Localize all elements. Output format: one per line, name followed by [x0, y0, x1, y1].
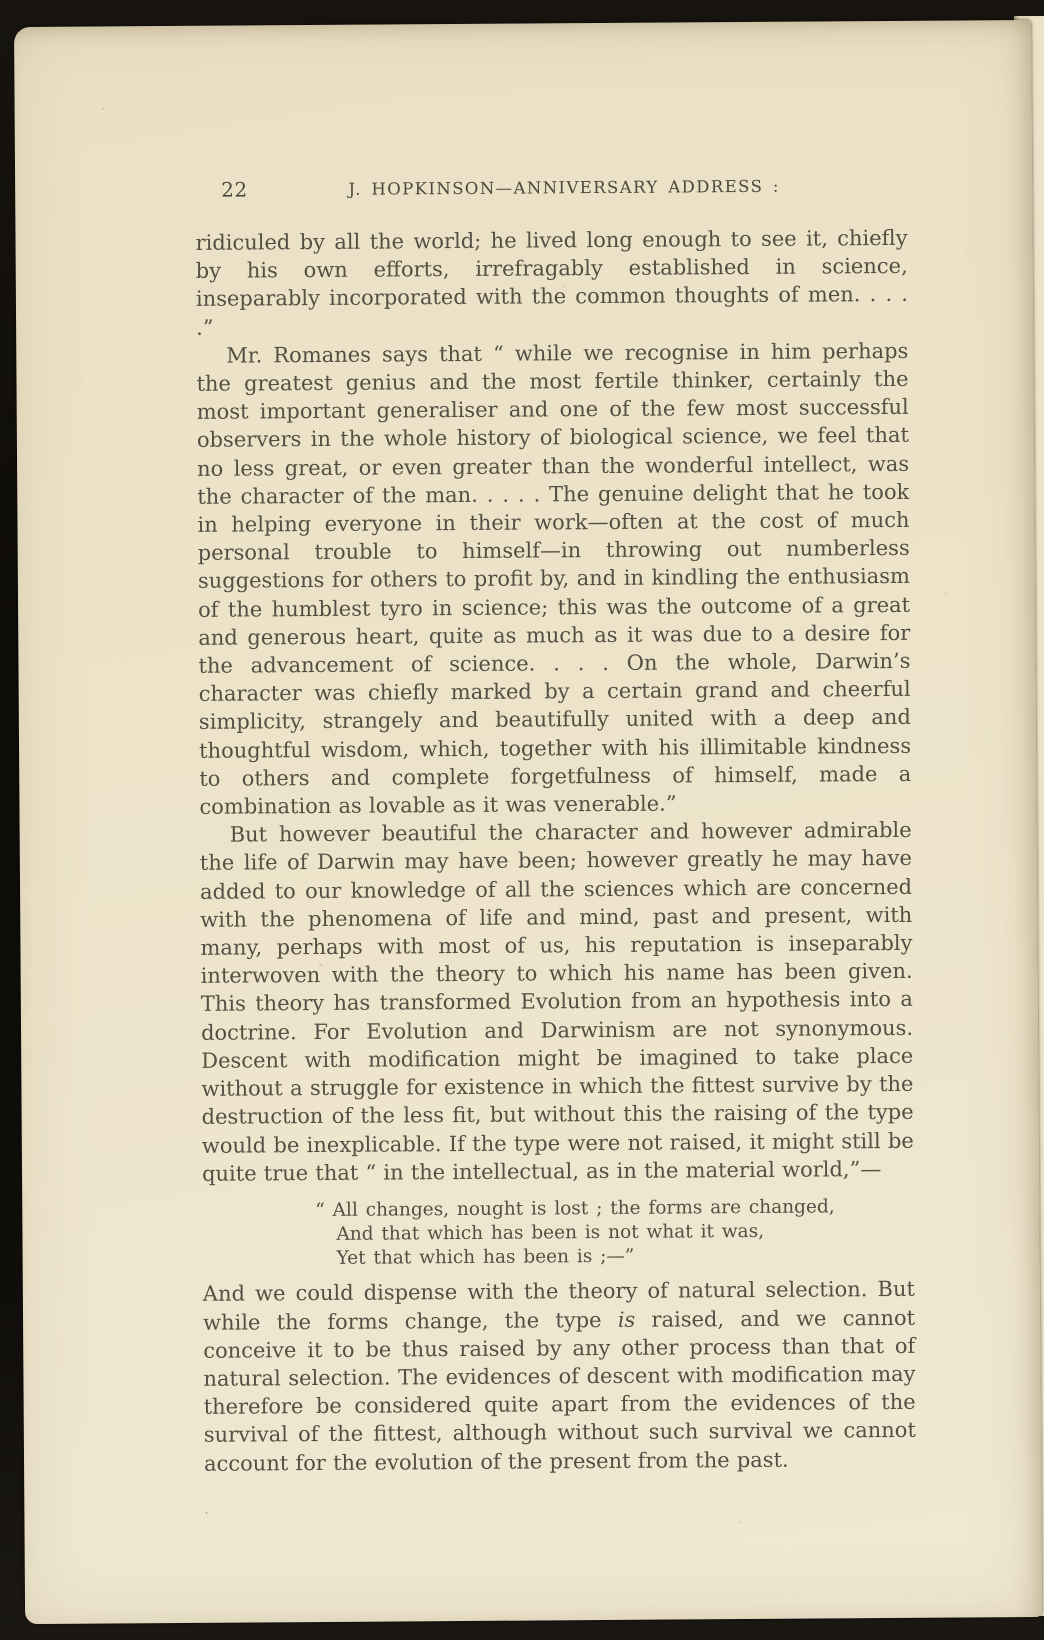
verse-quote: “ All changes, nought is lost ; the form… [315, 1195, 914, 1271]
running-title: J. HOPKINSON—ANNIVERSARY ADDRESS : [195, 171, 907, 200]
text-column: ridiculed by all the world; he lived lon… [195, 224, 916, 1478]
paragraph: ridiculed by all the world; he lived lon… [195, 224, 908, 342]
paragraph: But however beautiful the character and … [200, 816, 915, 1188]
text-line: conceive it to be thus raised by any oth… [203, 1334, 915, 1363]
book-page: 22 J. HOPKINSON—ANNIVERSARY ADDRESS : ri… [14, 20, 1042, 1624]
scan-background: 22 J. HOPKINSON—ANNIVERSARY ADDRESS : ri… [0, 0, 1044, 1640]
text-line: Descent with modification might be imagi… [201, 1044, 913, 1073]
text-line: But however beautiful the character and … [230, 818, 912, 847]
text-line: This theory has transformed Evolution fr… [201, 987, 891, 1016]
text-line: material world,”— [686, 1157, 882, 1182]
text-line: interwoven with the theory to which his … [201, 959, 913, 988]
text-line: natural selection. The evidences of desc… [203, 1362, 863, 1391]
text-line: without a struggle for existence in whic… [201, 1072, 839, 1100]
verse-line: Yet that which has been is ;—” [316, 1242, 915, 1270]
paragraph: And we could dispense with the theory of… [203, 1275, 916, 1477]
page-header: 22 J. HOPKINSON—ANNIVERSARY ADDRESS : [195, 171, 907, 208]
paragraph: Mr. Romanes says that “ while we recogni… [196, 337, 911, 821]
text-line: ridiculed by all the world; he lived lon… [195, 226, 907, 255]
text-line: the life of Darwin may have been; howeve… [200, 847, 852, 876]
verse-line: “ All changes, nought is lost ; the form… [315, 1195, 914, 1223]
page-number: 22 [221, 177, 248, 201]
text-line: And we could dispense with the theory of… [203, 1277, 868, 1306]
